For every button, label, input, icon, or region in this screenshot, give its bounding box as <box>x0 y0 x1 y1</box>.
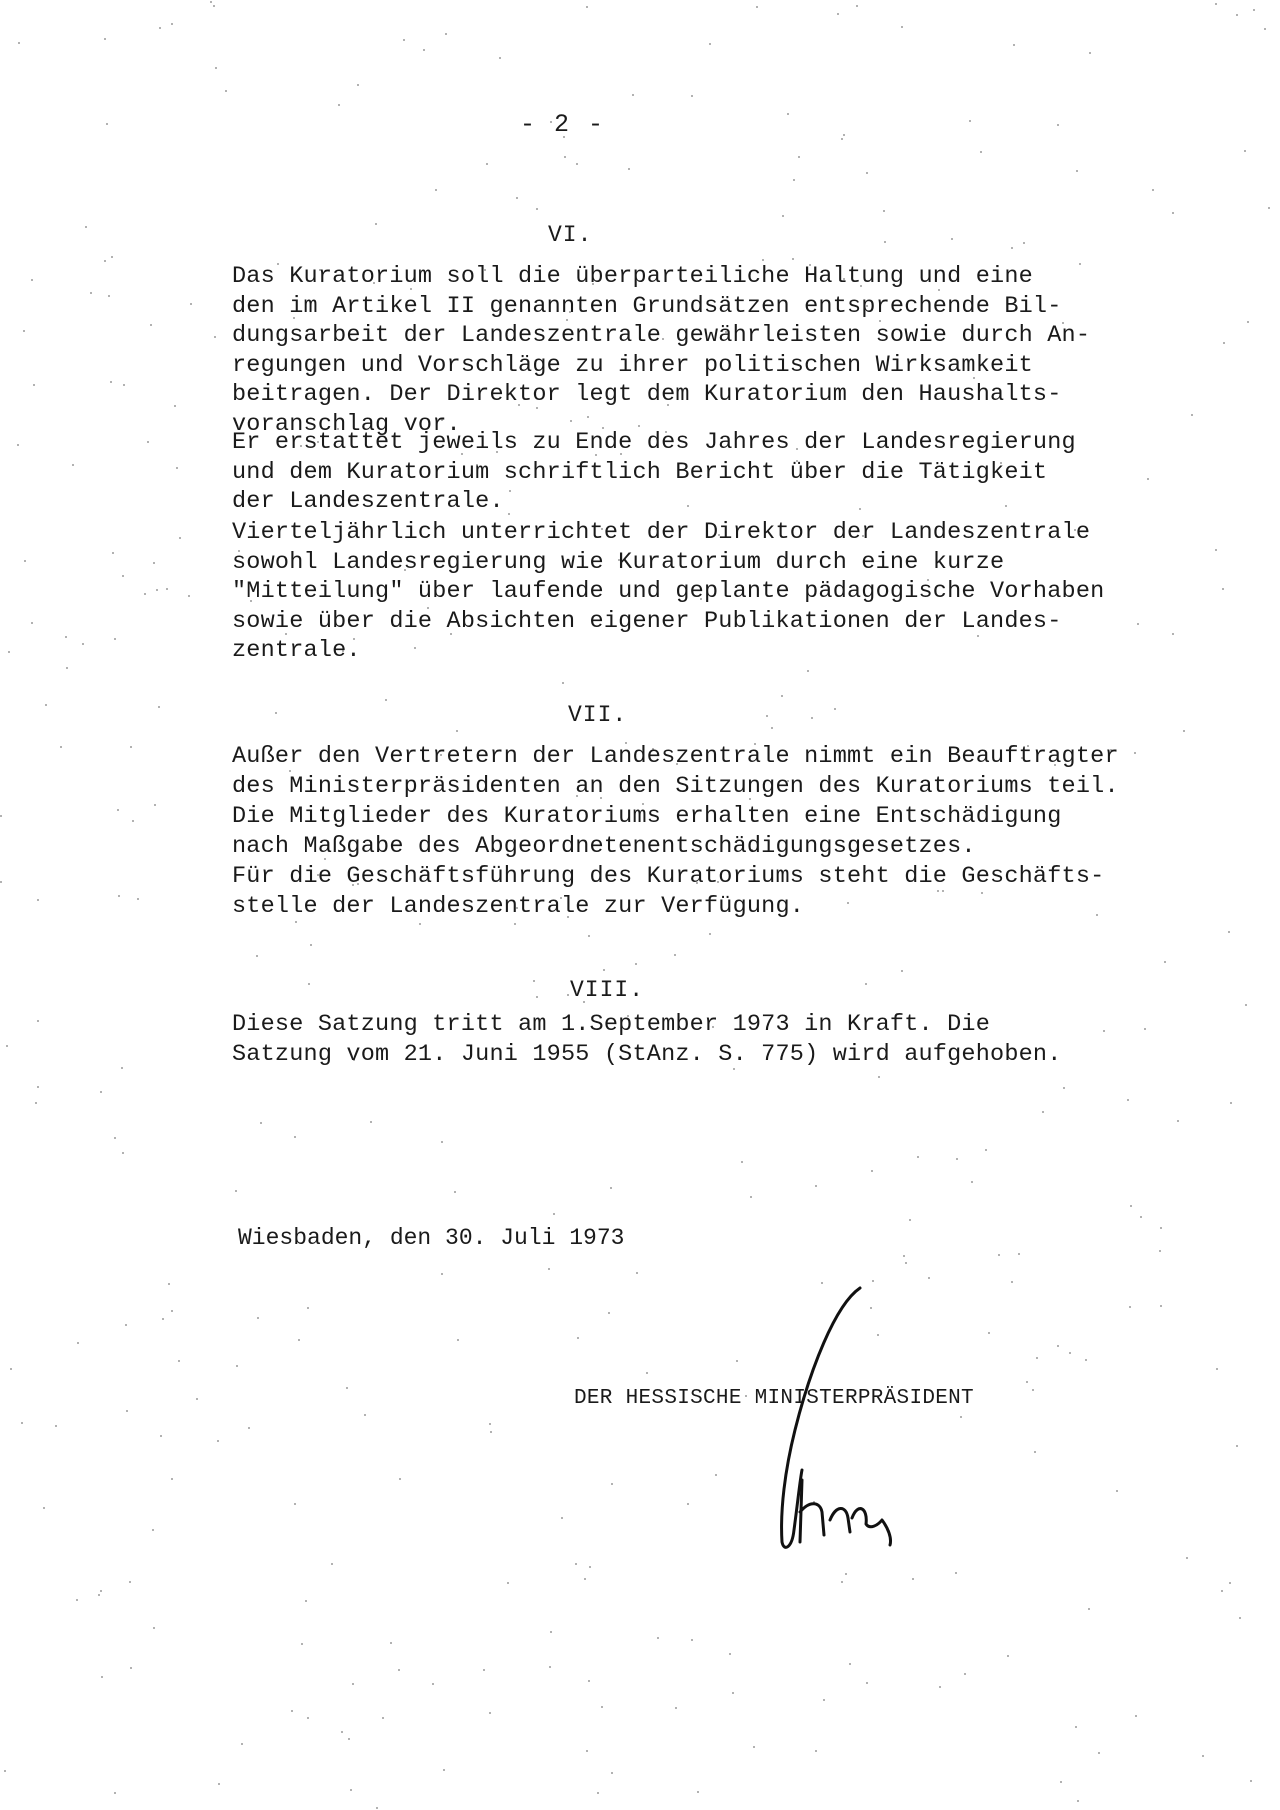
paragraph-vii-1: Außer den Vertretern der Landeszentrale … <box>232 742 1119 801</box>
paragraph-vii-2: Die Mitglieder des Kuratoriums erhalten … <box>232 802 1062 861</box>
paragraph-viii-1: Diese Satzung tritt am 1.September 1973 … <box>232 1010 1062 1069</box>
paragraph-vi-1: Das Kuratorium soll die überparteiliche … <box>232 262 1090 439</box>
paragraph-vi-2: Er erstattet jeweils zu Ende des Jahres … <box>232 428 1076 517</box>
place-and-date: Wiesbaden, den 30. Juli 1973 <box>238 1225 624 1251</box>
signature-icon <box>740 1280 970 1560</box>
section-heading-vi: VI. <box>548 222 592 248</box>
page-number: - 2 - <box>520 110 605 139</box>
paragraph-vi-3: Vierteljährlich unterrichtet der Direkto… <box>232 518 1104 666</box>
paragraph-vii-3: Für die Geschäftsführung des Kuratoriums… <box>232 862 1104 921</box>
section-heading-viii: VIII. <box>570 977 644 1003</box>
section-heading-vii: VII. <box>568 702 627 728</box>
